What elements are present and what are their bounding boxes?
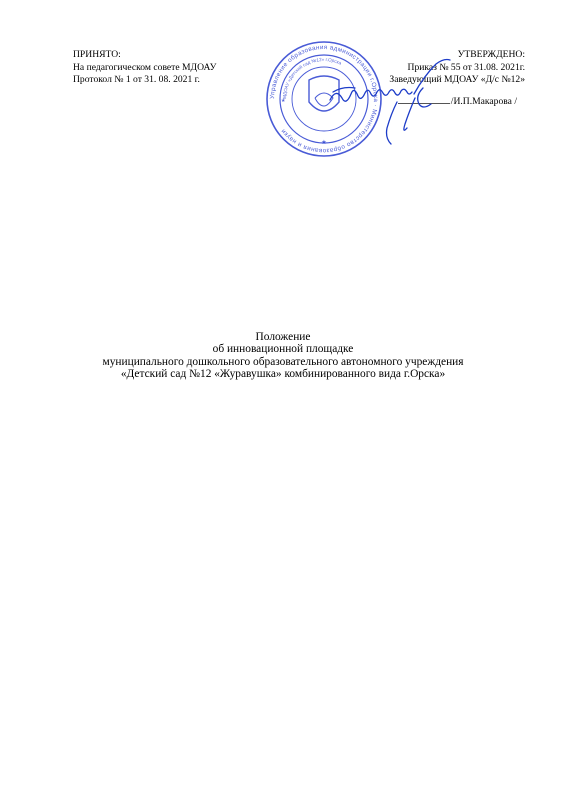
svg-text:★: ★ [281,98,286,104]
approved-heading: УТВЕРЖДЕНО: [389,49,525,62]
approved-order: Приказ № 55 от 31.08. 2021г. [389,62,525,75]
signature-underline [398,103,450,104]
title-regulation: Положение [0,331,566,343]
svg-text:МДОАУ «Детский сад №12» г.Орск: МДОАУ «Детский сад №12» г.Орска [282,57,343,99]
svg-text:Управление образования админис: Управление образования администрации г.О… [269,44,379,154]
accepted-heading: ПРИНЯТО: [73,49,216,62]
title-subject: об инновационной площадке [0,343,566,355]
signatory-name: /И.П.Макарова / [451,96,517,107]
svg-text:★: ★ [321,139,326,146]
accepted-protocol: Протокол № 1 от 31. 08. 2021 г. [73,74,216,87]
title-institution-type: муниципального дошкольного образовательн… [0,356,566,368]
approved-head-position: Заведующий МДОАУ «Д/с №12» [389,74,525,87]
official-stamp-icon: Управление образования администрации г.О… [265,40,383,158]
document-page: ПРИНЯТО: На педагогическом совете МДОАУ … [0,0,566,800]
title-institution-name: «Детский сад №12 «Журавушка» комбинирова… [0,368,566,380]
accepted-block: ПРИНЯТО: На педагогическом совете МДОАУ … [73,49,216,87]
approved-block: УТВЕРЖДЕНО: Приказ № 55 от 31.08. 2021г.… [389,49,525,108]
accepted-council: На педагогическом совете МДОАУ [73,62,216,75]
signature-line: /И.П.Макарова / [389,96,525,109]
document-title: Положение об инновационной площадке муни… [0,331,566,380]
